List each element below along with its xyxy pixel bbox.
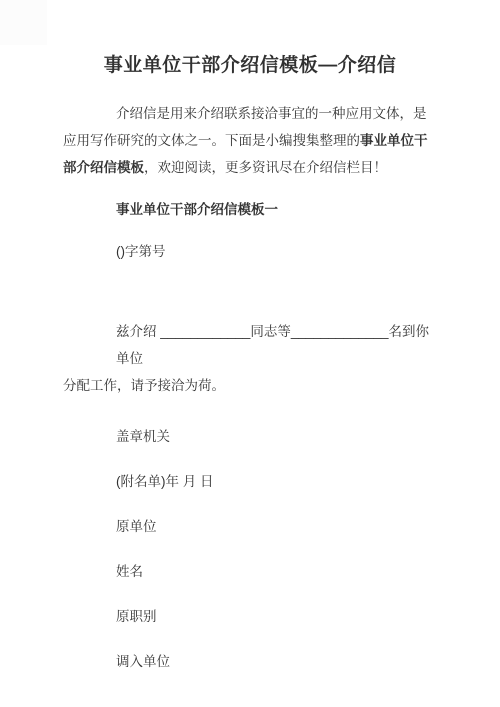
field-original-unit: 原单位 <box>116 513 437 540</box>
field-attachment-date: (附名单)年 月 日 <box>116 468 437 495</box>
letter-prefix: 兹介绍 <box>116 324 160 339</box>
intro-paragraph: 介绍信是用来介绍联系接洽事宜的一种应用文体，是应用写作研究的文体之一。下面是小编… <box>63 100 437 181</box>
fill-in-blank-count: _____________ <box>291 324 389 339</box>
scan-corner-artifact <box>0 0 47 45</box>
field-name: 姓名 <box>116 558 437 585</box>
field-stamping-authority: 盖章机关 <box>116 423 437 450</box>
template-heading: 事业单位干部介绍信模板一 <box>116 196 437 223</box>
field-transfer-unit: 调入单位 <box>116 648 437 675</box>
intro-text-part2: ，欢迎阅读，更多资讯尽在介绍信栏目！ <box>144 160 387 175</box>
letter-body-line1: 兹介绍 ____________同志等_____________名到你单位 <box>116 318 437 372</box>
document-page: 事业单位干部介绍信模板—介绍信 介绍信是用来介绍联系接洽事宜的一种应用文体，是应… <box>0 0 500 707</box>
letter-middle: 同志等 <box>250 324 291 339</box>
page-title: 事业单位干部介绍信模板—介绍信 <box>63 52 437 80</box>
field-original-position: 原职别 <box>116 603 437 630</box>
letter-body-line2: 分配工作，请予接洽为荷。 <box>63 372 437 399</box>
doc-number-line: ()字第号 <box>116 238 437 265</box>
document-body: 事业单位干部介绍信模板—介绍信 介绍信是用来介绍联系接洽事宜的一种应用文体，是应… <box>0 52 500 675</box>
fill-in-blank-name: ____________ <box>160 324 250 339</box>
